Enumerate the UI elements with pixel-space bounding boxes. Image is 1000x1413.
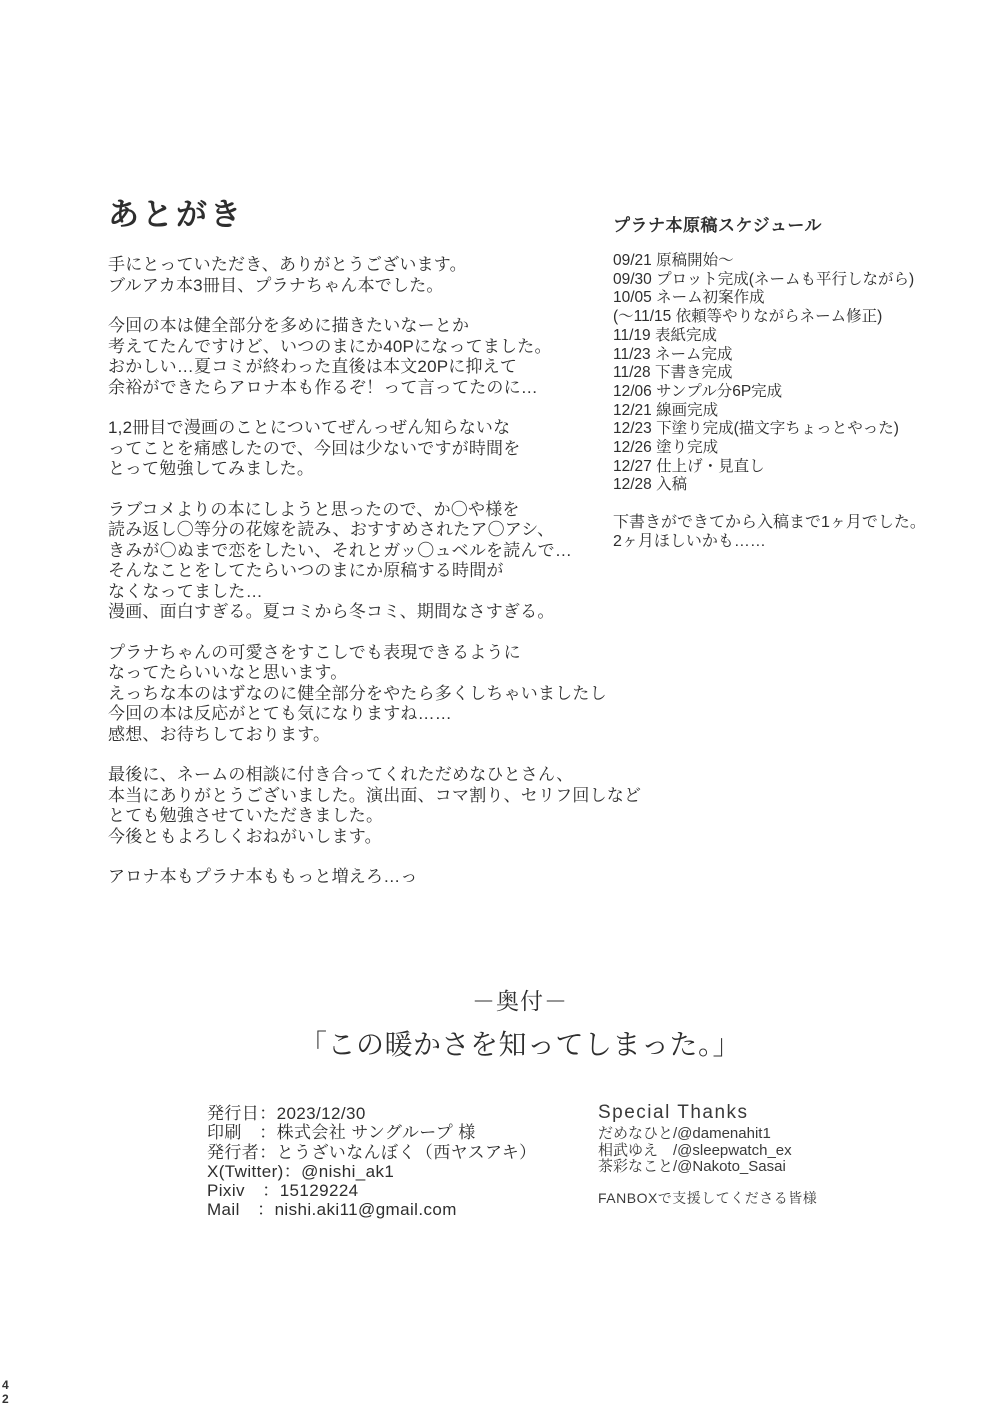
colophon-pixiv: Pixiv ：15129224 bbox=[207, 1181, 537, 1200]
afterword-line: 今回の本は健全部分を多めに描きたいなーとか bbox=[108, 316, 469, 335]
afterword-line: 本当にありがとうございました。演出面、コマ割り、セリフ回しなど bbox=[108, 786, 641, 805]
afterword-line: 読み返し〇等分の花嫁を読み、おすすめされたア〇アシ、 bbox=[108, 520, 554, 539]
afterword-line: 漫画、面白すぎる。夏コミから冬コミ、期間なさすぎる。 bbox=[108, 602, 555, 621]
schedule-item: 12/06 サンプル分6P完成 bbox=[613, 383, 983, 402]
afterword-line: 最後に、ネームの相談に付き合ってくれただめなひとさん、 bbox=[108, 765, 573, 784]
schedule-item: 11/19 表紙完成 bbox=[613, 327, 983, 346]
afterword-line: プラナちゃんの可愛さをすこしでも表現できるように bbox=[108, 643, 521, 662]
schedule-item: 12/21 線画完成 bbox=[613, 402, 983, 421]
afterword-line: えっちな本のはずなのに健全部分をやたら多くしちゃいましたし bbox=[108, 684, 607, 703]
afterword-paragraph: アロナ本もプラナ本ももっと増えろ…っ bbox=[108, 867, 653, 888]
colophon-details: 発行日：2023/12/30 印刷 ：株式会社 サングループ 様 発行者：とうざ… bbox=[207, 1104, 537, 1220]
schedule-title: プラナ本原稿スケジュール bbox=[613, 214, 983, 238]
schedule-item: 11/28 下書き完成 bbox=[613, 364, 983, 383]
schedule-item: 10/05 ネーム初案作成 bbox=[613, 289, 983, 308]
afterword-line: ラブコメよりの本にしようと思ったので、か〇や様を bbox=[108, 500, 520, 519]
schedule-section: プラナ本原稿スケジュール 09/21 原稿開始～ 09/30 プロット完成(ネー… bbox=[613, 214, 983, 552]
page-number-digit: 4 bbox=[2, 1378, 9, 1392]
afterword-section: あとがき 手にとっていただき、ありがとうございます。 ブルアカ本3冊目、プラナち… bbox=[108, 197, 653, 908]
page-number-digit: 2 bbox=[2, 1392, 9, 1406]
afterword-line: 1,2冊目で漫画のことについてぜんっぜん知らないな bbox=[108, 418, 510, 437]
schedule-item: 09/30 プロット完成(ネームも平行しながら) bbox=[613, 271, 983, 290]
afterword-line: ブルアカ本3冊目、プラナちゃん本でした。 bbox=[108, 276, 444, 295]
afterword-line: 余裕ができたらアロナ本も作るぞ！って言ってたのに… bbox=[108, 378, 538, 397]
special-thanks-line: 相武ゆえ /@sleepwatch_ex bbox=[598, 1143, 817, 1160]
afterword-line: なってたらいいなと思います。 bbox=[108, 663, 347, 682]
afterword-paragraph: 1,2冊目で漫画のことについてぜんっぜん知らないな ってことを痛感したので、今回… bbox=[108, 418, 653, 480]
afterword-paragraph: 最後に、ネームの相談に付き合ってくれただめなひとさん、 本当にありがとうございま… bbox=[108, 765, 653, 847]
schedule-item: (～11/15 依頼等やりながらネーム修正) bbox=[613, 308, 983, 327]
afterword-line: アロナ本もプラナ本ももっと増えろ…っ bbox=[108, 867, 418, 886]
afterword-line: 感想、お待ちしております。 bbox=[108, 725, 330, 744]
fanbox-note: FANBOXで支援してくださる皆様 bbox=[598, 1190, 817, 1207]
afterword-paragraph: ラブコメよりの本にしようと思ったので、か〇や様を 読み返し〇等分の花嫁を読み、お… bbox=[108, 500, 653, 623]
afterword-line: 今回の本は反応がとても気になりますね…… bbox=[108, 704, 452, 723]
schedule-item: 11/23 ネーム完成 bbox=[613, 346, 983, 365]
schedule-note: 下書きができてから入稿まで1ヶ月でした。 2ヶ月ほしいかも…… bbox=[613, 514, 983, 551]
colophon-publish-date: 発行日：2023/12/30 bbox=[207, 1104, 537, 1123]
afterword-line: きみが〇ぬまで恋をしたい、それとガッ〇ュベルを読んで… bbox=[108, 541, 572, 560]
afterword-paragraph: プラナちゃんの可愛さをすこしでも表現できるように なってたらいいなと思います。 … bbox=[108, 643, 653, 746]
afterword-line: とても勉強させていただきました。 bbox=[108, 806, 383, 825]
afterword-line: 手にとっていただき、ありがとうございます。 bbox=[108, 255, 467, 274]
afterword-paragraph: 手にとっていただき、ありがとうございます。 ブルアカ本3冊目、プラナちゃん本でし… bbox=[108, 255, 653, 296]
special-thanks-section: Special Thanks だめなひと/@damenahit1 相武ゆえ /@… bbox=[598, 1102, 817, 1206]
schedule-note-line: 2ヶ月ほしいかも…… bbox=[613, 533, 983, 552]
colophon-header: －奥付－ bbox=[20, 983, 1000, 1016]
schedule-item: 09/21 原稿開始～ bbox=[613, 252, 983, 271]
schedule-item: 12/26 塗り完成 bbox=[613, 439, 983, 458]
afterword-line: おかしい…夏コミが終わった直後は本文20Pに抑えて bbox=[108, 357, 517, 376]
afterword-line: そんなことをしてたらいつのまにか原稿する時間が bbox=[108, 561, 504, 580]
colophon-mail: Mail ：nishi.aki11@gmail.com bbox=[207, 1200, 537, 1219]
special-thanks-title: Special Thanks bbox=[598, 1102, 817, 1124]
colophon-publisher: 発行者：とうざいなんぼく（西ヤスアキ） bbox=[207, 1143, 537, 1162]
afterword-line: 考えてたんですけど、いつのまにか40Pになってました。 bbox=[108, 337, 552, 356]
schedule-item: 12/23 下塗り完成(描文字ちょっとやった) bbox=[613, 420, 983, 439]
colophon-printer: 印刷 ：株式会社 サングループ 様 bbox=[207, 1123, 537, 1142]
afterword-line: ってことを痛感したので、今回は少ないですが時間を bbox=[108, 439, 520, 458]
book-title: 「この暖かさを知ってしまった。」 bbox=[20, 1023, 1000, 1063]
colophon-twitter: X(Twitter)：@nishi_ak1 bbox=[207, 1162, 537, 1181]
afterword-line: なくなってました… bbox=[108, 582, 263, 601]
afterword-line: 今後ともよろしくおねがいします。 bbox=[108, 827, 382, 846]
page-number: 4 2 bbox=[2, 1378, 9, 1406]
schedule-note-line: 下書きができてから入稿まで1ヶ月でした。 bbox=[613, 514, 983, 533]
schedule-item: 12/27 仕上げ・見直し bbox=[613, 458, 983, 477]
afterword-paragraph: 今回の本は健全部分を多めに描きたいなーとか 考えてたんですけど、いつのまにか40… bbox=[108, 316, 653, 398]
schedule-item: 12/28 入稿 bbox=[613, 476, 983, 495]
special-thanks-line: 茶彩なこと/@Nakoto_Sasai bbox=[598, 1159, 817, 1176]
special-thanks-line: だめなひと/@damenahit1 bbox=[598, 1126, 817, 1143]
afterword-title: あとがき bbox=[108, 197, 653, 233]
afterword-line: とって勉強してみました。 bbox=[108, 459, 314, 478]
